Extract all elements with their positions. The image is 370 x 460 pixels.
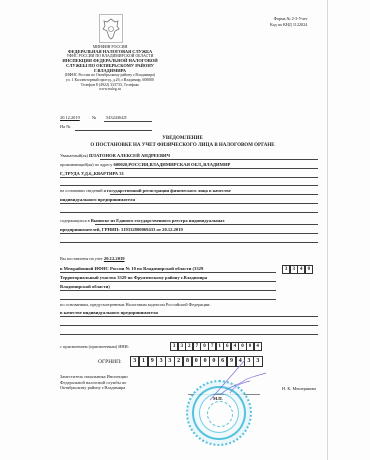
source-line-1: Выписке из Единого государственного реес…: [91, 218, 225, 223]
number-label: №: [92, 115, 96, 120]
authority-line-1: в Межрайонной ИФНС России № 10 по Владим…: [60, 266, 203, 271]
authority-code-boxes: 3 3 4 0: [282, 265, 312, 274]
signer-position-1: Заместитель начальника Инспекции: [60, 374, 128, 380]
page-edge-divider: [327, 0, 328, 460]
tax-registration-notice-page: МИНФИН РОССИИ ФЕДЕРАЛЬНАЯ НАЛОГОВАЯ СЛУЖ…: [0, 0, 370, 460]
inn-label: с присвоением (присвоенным) ИНН:: [60, 344, 129, 349]
document-date: 20.12.2019: [60, 115, 80, 120]
address-line-1: 600020,РОССИЯ,ВЛАДИМИРСКАЯ ОБЛ,,ВЛАДИМИР: [113, 162, 230, 167]
inn-digit: 4: [254, 342, 262, 351]
basis-line-2: индивидуального предпринимателя: [60, 197, 135, 202]
address-label: проживающий(ая) по адресу: [60, 162, 112, 167]
basis-label: на основании сведений: [60, 188, 103, 193]
notice-title: УВЕДОМЛЕНИЕ: [60, 136, 305, 141]
source-label: содержащихся в: [60, 218, 90, 223]
knd-code: Код по КНД 1122024: [270, 22, 307, 28]
inn-boxes: 3 3 2 7 0 7 1 6 4 0 0 4: [170, 342, 261, 351]
authority-code-digit: 0: [305, 265, 313, 274]
signer-position-3: Октябрьскому району г.Владимира: [60, 385, 128, 391]
ogrnip-label: ОГРНИП:: [98, 359, 122, 365]
signer-name: Н. К. Мешерякова: [282, 386, 316, 391]
registered-date: 20.12.2019: [104, 256, 125, 261]
authority-line-2: Территориальный участок 3329 по Фрунзенс…: [60, 275, 207, 280]
address-line-2: Г,,ТРУДА У,Д.6,,КВАРТИРА 31: [60, 171, 124, 176]
document-number: 54324364Л: [106, 115, 127, 120]
form-code-block: Форма № 2-3-Учет Код по КНД 1122024: [270, 16, 307, 28]
source-line-2: предпринимателей, ГРНИП: 319332800069433…: [60, 227, 183, 232]
notice-subtitle: О ПОСТАНОВКЕ НА УЧЕТ ФИЗИЧЕСКОГО ЛИЦА В …: [60, 143, 305, 148]
reference-label: На №: [60, 124, 70, 129]
russian-coat-of-arms-icon: [99, 14, 123, 43]
recipient-label: Уважаемый(ая): [60, 153, 88, 158]
grounds-value: в качестве индивидуального предпринимате…: [60, 310, 158, 315]
basis-line-1: о государственной регистрации физическог…: [104, 188, 231, 193]
handwritten-signature-icon: [200, 355, 270, 405]
recipient-name: ПЛАТОНОВ АЛЕКСЕЙ АНДРЕЕВИЧ: [89, 153, 170, 158]
issuer-website: www.nalog.ru: [55, 87, 165, 92]
registered-label: Вы поставлены на учет: [60, 256, 103, 261]
issuer-address-2: ул. 1 Коллекторный проезд, д.2б, г.Влади…: [55, 78, 165, 83]
signer-position: Заместитель начальника Инспекции Федерал…: [60, 374, 128, 391]
authority-line-3: Владимирской области): [60, 284, 110, 289]
grounds-label: по основаниям, предусмотренным Налоговым…: [60, 302, 211, 307]
issuer-header: МИНФИН РОССИИ ФЕДЕРАЛЬНАЯ НАЛОГОВАЯ СЛУЖ…: [55, 45, 165, 92]
